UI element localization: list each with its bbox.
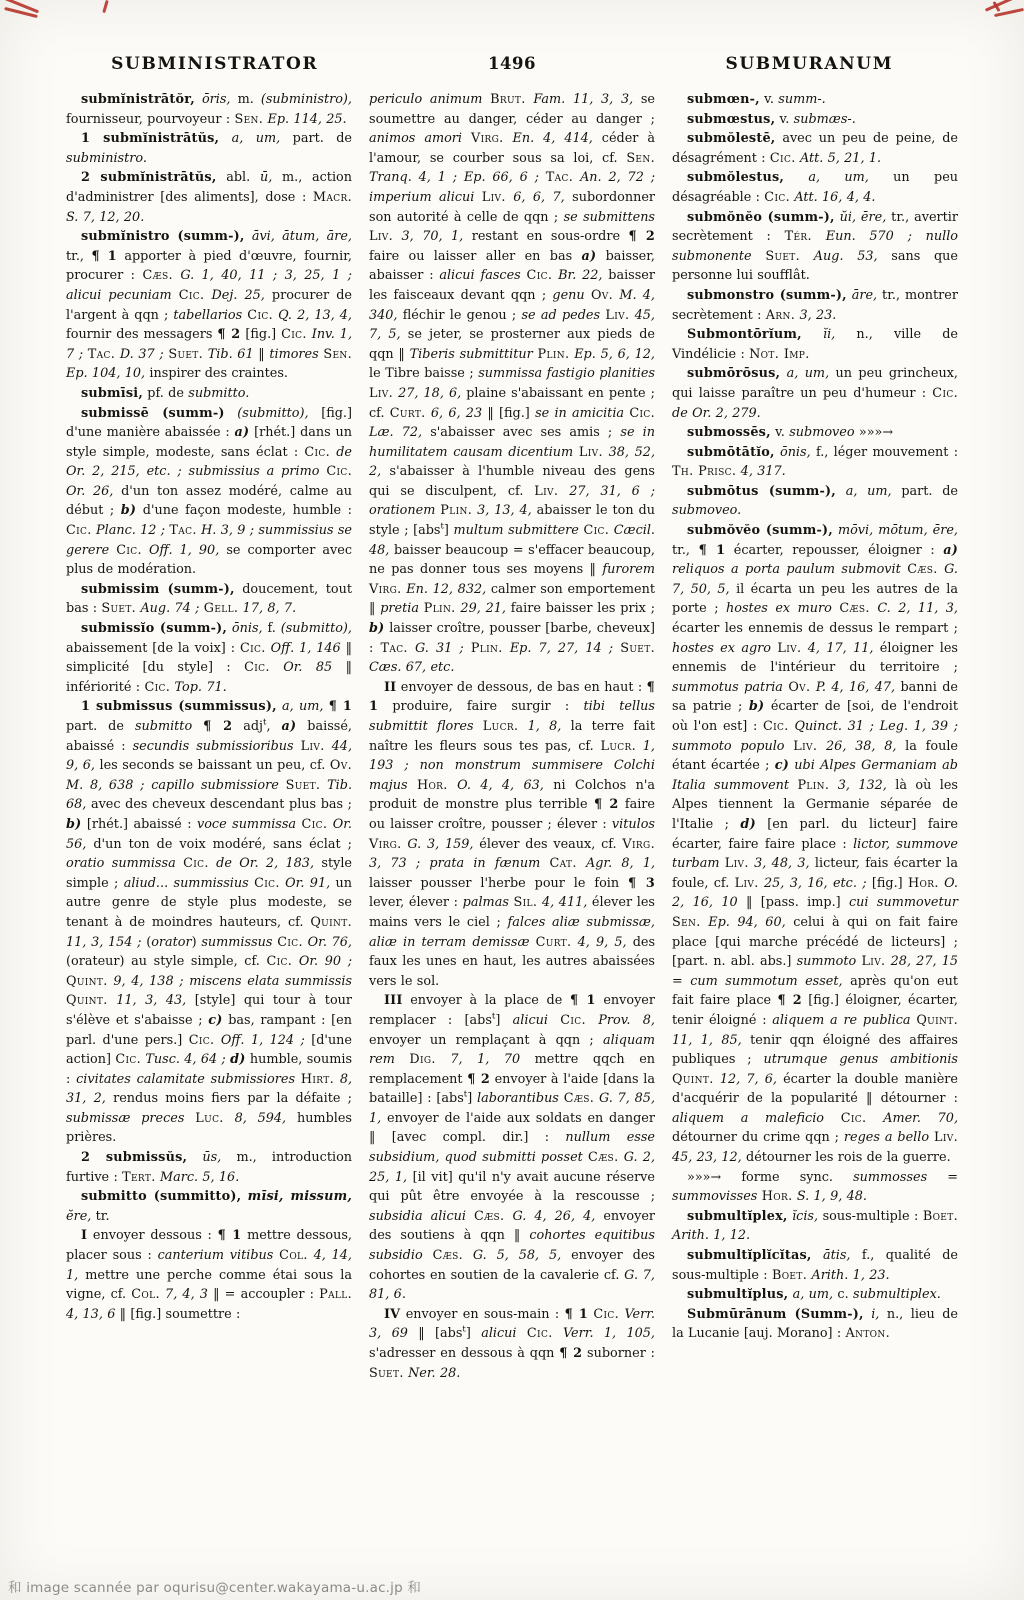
entry-paragraph: submīsi, pf. de submitto. xyxy=(66,384,352,404)
entry-paragraph: submŏvĕo (summ-), mōvi, mōtum, ēre, tr.,… xyxy=(672,521,958,1168)
entry-paragraph: submŏnĕo (summ-), ŭi, ēre, tr., avertir … xyxy=(672,208,958,286)
entry-paragraph: 1 submĭnistrātŭs, a, um, part. de submin… xyxy=(66,129,352,168)
column-1: submĭnistrātŏr, ōris, m. (subministro), … xyxy=(66,90,352,1383)
text-columns: submĭnistrātŏr, ōris, m. (subministro), … xyxy=(0,88,1024,1383)
page-number: 1496 xyxy=(363,54,660,73)
entry-paragraph: Submontōrĭum, ĭi, n., ville de Vindélici… xyxy=(672,325,958,364)
entry-paragraph: »»»→ forme sync. summosses = summovisses… xyxy=(672,1168,958,1207)
scan-credit: 和 image scannée par oqurisu@center.wakay… xyxy=(8,1576,421,1596)
entry-paragraph: submissim (summ-), doucement, tout bas :… xyxy=(66,580,352,619)
entry-paragraph: III envoyer à la place de ¶ 1 envoyer re… xyxy=(369,991,655,1305)
entry-paragraph: submitto (summitto), mīsi, missum, ĕre, … xyxy=(66,1187,352,1226)
entry-paragraph: submōtus (summ-), a, um, part. de submov… xyxy=(672,482,958,521)
entry-paragraph: Submūrānum (Summ-), i, n., lieu de la Lu… xyxy=(672,1305,958,1344)
header-right-headword: SUBMURANUM xyxy=(661,54,958,74)
entry-paragraph: 2 submĭnistrātŭs, abl. ū, m., action d'a… xyxy=(66,168,352,227)
entry-paragraph: periculo animum Brut. Fam. 11, 3, 3, se … xyxy=(369,90,655,678)
column-3: submœn-, v. summ-.submœstus, v. submæs-.… xyxy=(672,90,958,1383)
entry-paragraph: submĭnistro (summ-), āvi, ātum, āre, tr.… xyxy=(66,227,352,384)
entry-paragraph: submōrōsus, a, um, un peu grincheux, qui… xyxy=(672,364,958,423)
entry-paragraph: I envoyer dessous : ¶ 1 mettre dessous, … xyxy=(66,1226,352,1324)
entry-paragraph: submultĭplus, a, um, c. submultiplex. xyxy=(672,1285,958,1305)
running-head: SUBMINISTRATOR 1496 SUBMURANUM xyxy=(0,0,1024,88)
entry-paragraph: submossēs, v. submoveo »»»→ xyxy=(672,423,958,443)
entry-paragraph: submōtātĭo, ōnis, f., léger mouvement : … xyxy=(672,443,958,482)
entry-paragraph: IV envoyer en sous-main : ¶ 1 Cic. Verr.… xyxy=(369,1305,655,1383)
entry-paragraph: submŏlestus, a, um, un peu désagréable :… xyxy=(672,168,958,207)
entry-paragraph: submonstro (summ-), āre, tr., montrer se… xyxy=(672,286,958,325)
entry-paragraph: submœn-, v. summ-. xyxy=(672,90,958,110)
entry-paragraph: submŏlestē, avec un peu de peine, de dés… xyxy=(672,129,958,168)
entry-paragraph: submultĭplĭcĭtas, ātis, f., qualité de s… xyxy=(672,1246,958,1285)
entry-paragraph: submissē (summ-) (submitto), [fig.] d'un… xyxy=(66,404,352,580)
entry-paragraph: submĭnistrātŏr, ōris, m. (subministro), … xyxy=(66,90,352,129)
entry-paragraph: 2 submissŭs, ūs, m., introduction furtiv… xyxy=(66,1148,352,1187)
entry-paragraph: submultĭplex, ĭcis, sous-multiple : Boet… xyxy=(672,1207,958,1246)
dictionary-page: SUBMINISTRATOR 1496 SUBMURANUM submĭnist… xyxy=(0,0,1024,1600)
header-left-headword: SUBMINISTRATOR xyxy=(66,54,363,74)
entry-paragraph: submissĭo (summ-), ōnis, f. (submitto), … xyxy=(66,619,352,697)
entry-paragraph: submœstus, v. submæs-. xyxy=(672,110,958,130)
entry-paragraph: II envoyer de dessous, de bas en haut : … xyxy=(369,678,655,992)
column-2: periculo animum Brut. Fam. 11, 3, 3, se … xyxy=(369,90,655,1383)
entry-paragraph: 1 submissus (summissus), a, um, ¶ 1 part… xyxy=(66,697,352,1148)
